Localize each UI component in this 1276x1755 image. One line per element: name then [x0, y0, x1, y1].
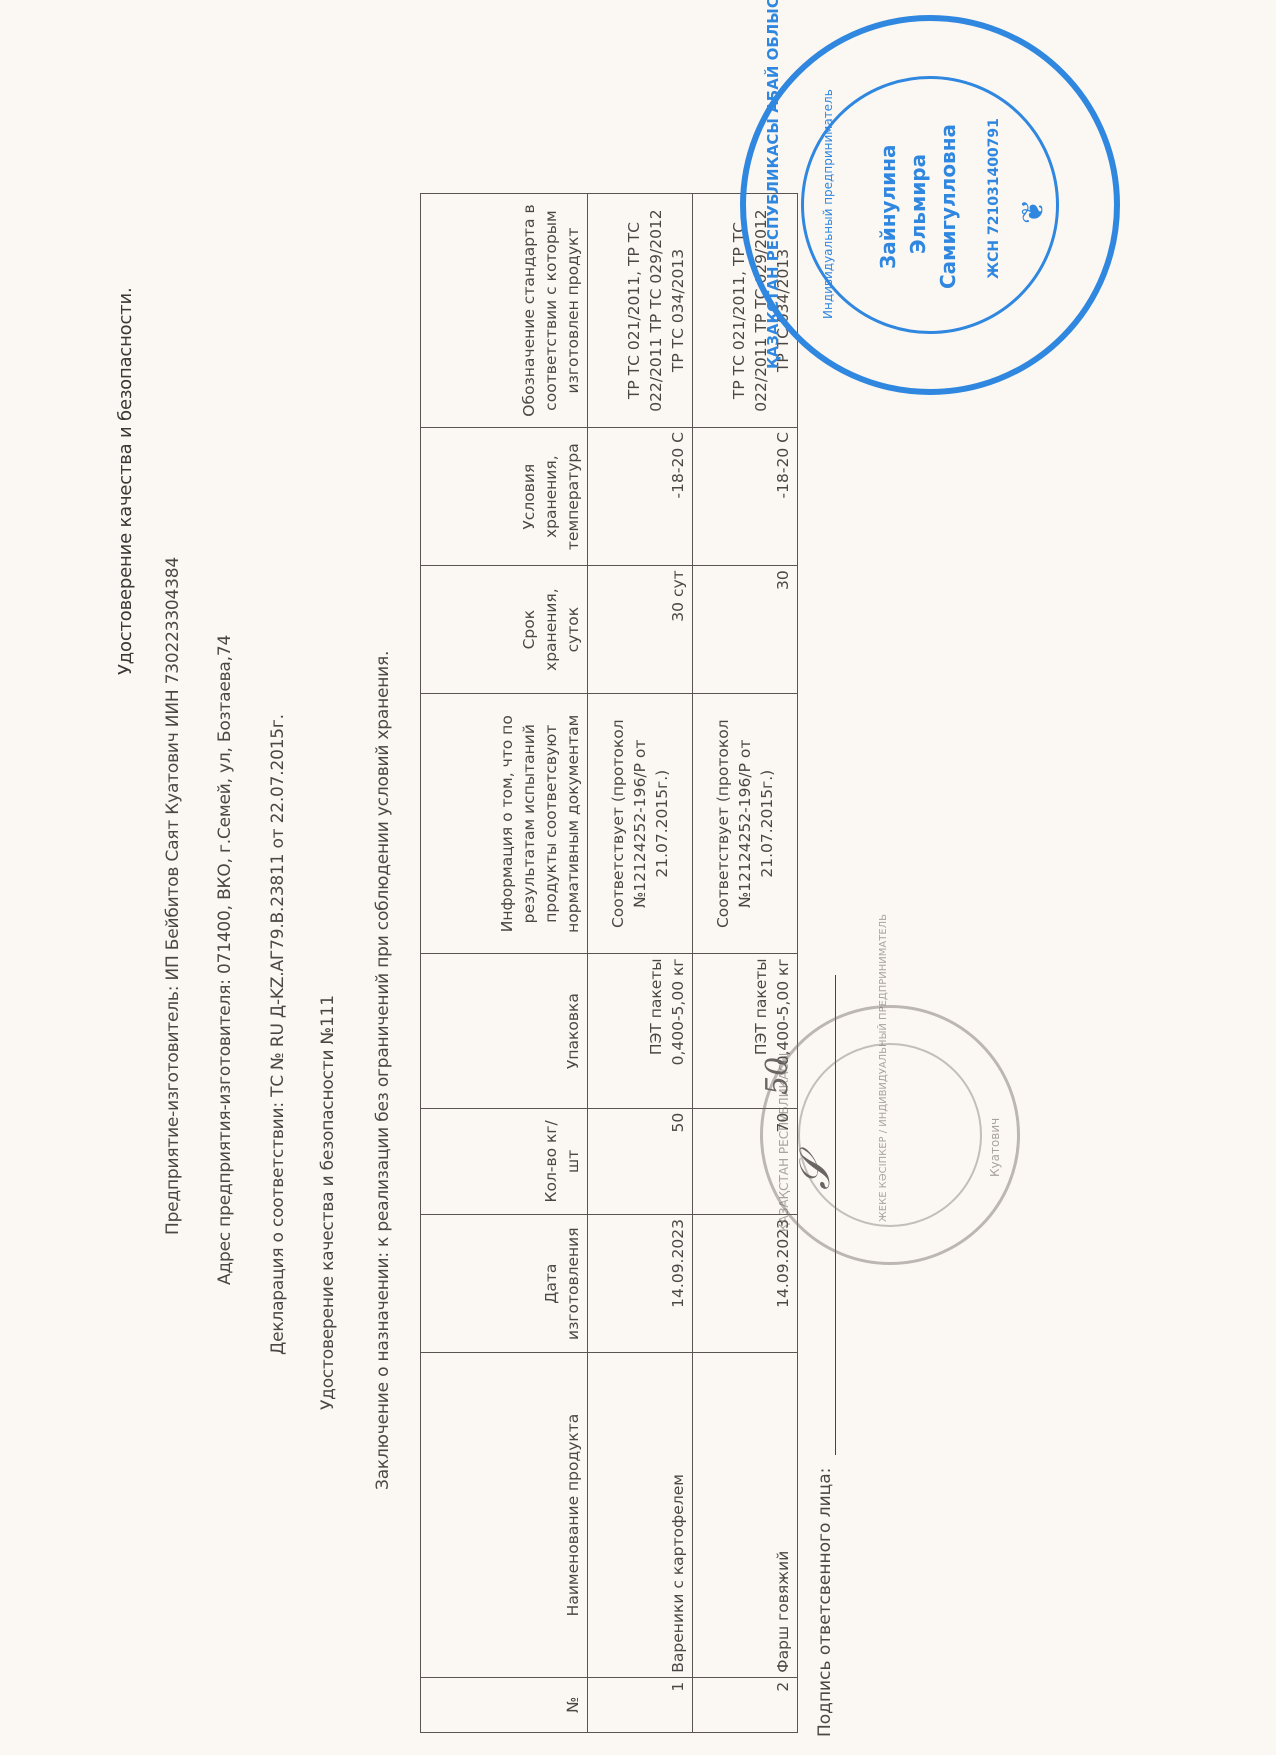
blue-seal-name-2: Эльмира: [906, 154, 930, 254]
row-number: 1: [588, 1677, 693, 1732]
product-name: Фарш говяжий: [693, 1353, 798, 1677]
shelf-life: 30 сут: [588, 566, 693, 694]
quantity: 50: [588, 1108, 693, 1214]
table-row: 2 Фарш говяжий 14.09.2023 70 ПЭТ пакеты …: [693, 194, 798, 1733]
standard-designation: ТР ТС 021/2011, ТР ТС 022/2011 ТР ТС 029…: [588, 194, 693, 428]
storage-conditions: -18-20 С: [693, 428, 798, 566]
header-product: Наименование продукта: [421, 1353, 588, 1677]
grey-seal-role-text: ЖЕКЕ КӘСІПКЕР / ИНДИВИДУАЛЬНЫЙ ПРЕДПРИНИ…: [878, 914, 889, 1222]
products-table: № Наименование продукта Дата изготовлени…: [420, 193, 798, 1733]
signature-label: Подпись ответсвенного лица:: [815, 1468, 835, 1737]
header-shelf-life: Срок хранения, суток: [421, 566, 588, 694]
header-standard: Обозначение стандарта в соответствии с к…: [421, 194, 588, 428]
document-page: Удостоверение качества и безопасности. П…: [0, 0, 1276, 1755]
compliance-info: Соответствует (протокол №12124252-196/Р …: [693, 693, 798, 954]
blue-seal-iin: ЖСН 721031400791: [986, 118, 1002, 279]
blue-seal-name-3: Самигулловна: [936, 124, 960, 289]
grey-seal-stamp: ҚАЗАҚСТАН РЕСПУБЛИКАСЫ ЖЕКЕ КӘСІПКЕР / И…: [760, 1005, 1020, 1265]
header-compliance: Информация о том, что по результатам исп…: [421, 693, 588, 954]
blue-seal-outer-text: ҚАЗАҚСТАН РЕСПУБЛИКАСЫ АБАЙ ОБЛЫСЫ, СЕМЕ…: [764, 0, 782, 369]
header-date: Дата изготовления: [421, 1215, 588, 1353]
manufacture-date: 14.09.2023: [588, 1215, 693, 1353]
header-quantity: Кол-во кг/шт: [421, 1108, 588, 1214]
shelf-life: 30: [693, 566, 798, 694]
manufacture-date: 14.09.2023: [693, 1215, 798, 1353]
certificate-number-line: Удостоверение качества и безопасности №1…: [318, 995, 338, 1410]
table-row: 1 Вареники с картофелем 14.09.2023 50 ПЭ…: [588, 194, 693, 1733]
header-number: №: [421, 1677, 588, 1732]
blue-seal-name-1: Зайнулина: [876, 144, 900, 269]
address-line: Адрес предприятия-изготовителя: 071400, …: [215, 635, 235, 1285]
table-header-row: № Наименование продукта Дата изготовлени…: [421, 194, 588, 1733]
conclusion-line: Заключение о назначении: к реализации бе…: [373, 651, 393, 1490]
blue-seal-stamp: ҚАЗАҚСТАН РЕСПУБЛИКАСЫ АБАЙ ОБЛЫСЫ, СЕМЕ…: [740, 15, 1120, 395]
header-packaging: Упаковка: [421, 954, 588, 1108]
packaging: ПЭТ пакеты 0,400-5,00 кг: [588, 954, 693, 1108]
handwritten-note: 50: [760, 1057, 795, 1095]
row-number: 2: [693, 1677, 798, 1732]
grey-seal-inner-ring: [798, 1043, 982, 1227]
header-storage: Условия хранения, температура: [421, 428, 588, 566]
compliance-info: Соответствует (протокол №12124252-196/Р …: [588, 693, 693, 954]
blue-seal-ornament-icon: ❦: [1016, 199, 1051, 224]
manufacturer-line: Предприятие-изготовитель: ИП Бейбитов Са…: [163, 557, 183, 1235]
product-name: Вареники с картофелем: [588, 1353, 693, 1677]
blue-seal-role-text: Индивидуальный предприниматель: [821, 89, 835, 319]
declaration-line: Декларация о соответствии: ТС № RU Д-KZ.…: [268, 714, 288, 1355]
grey-seal-name-text: Куатович: [988, 1118, 1002, 1177]
storage-conditions: -18-20 С: [588, 428, 693, 566]
signature-scribble: 𝒮: [790, 1157, 840, 1190]
document-title: Удостоверение качества и безопасности.: [115, 288, 136, 675]
